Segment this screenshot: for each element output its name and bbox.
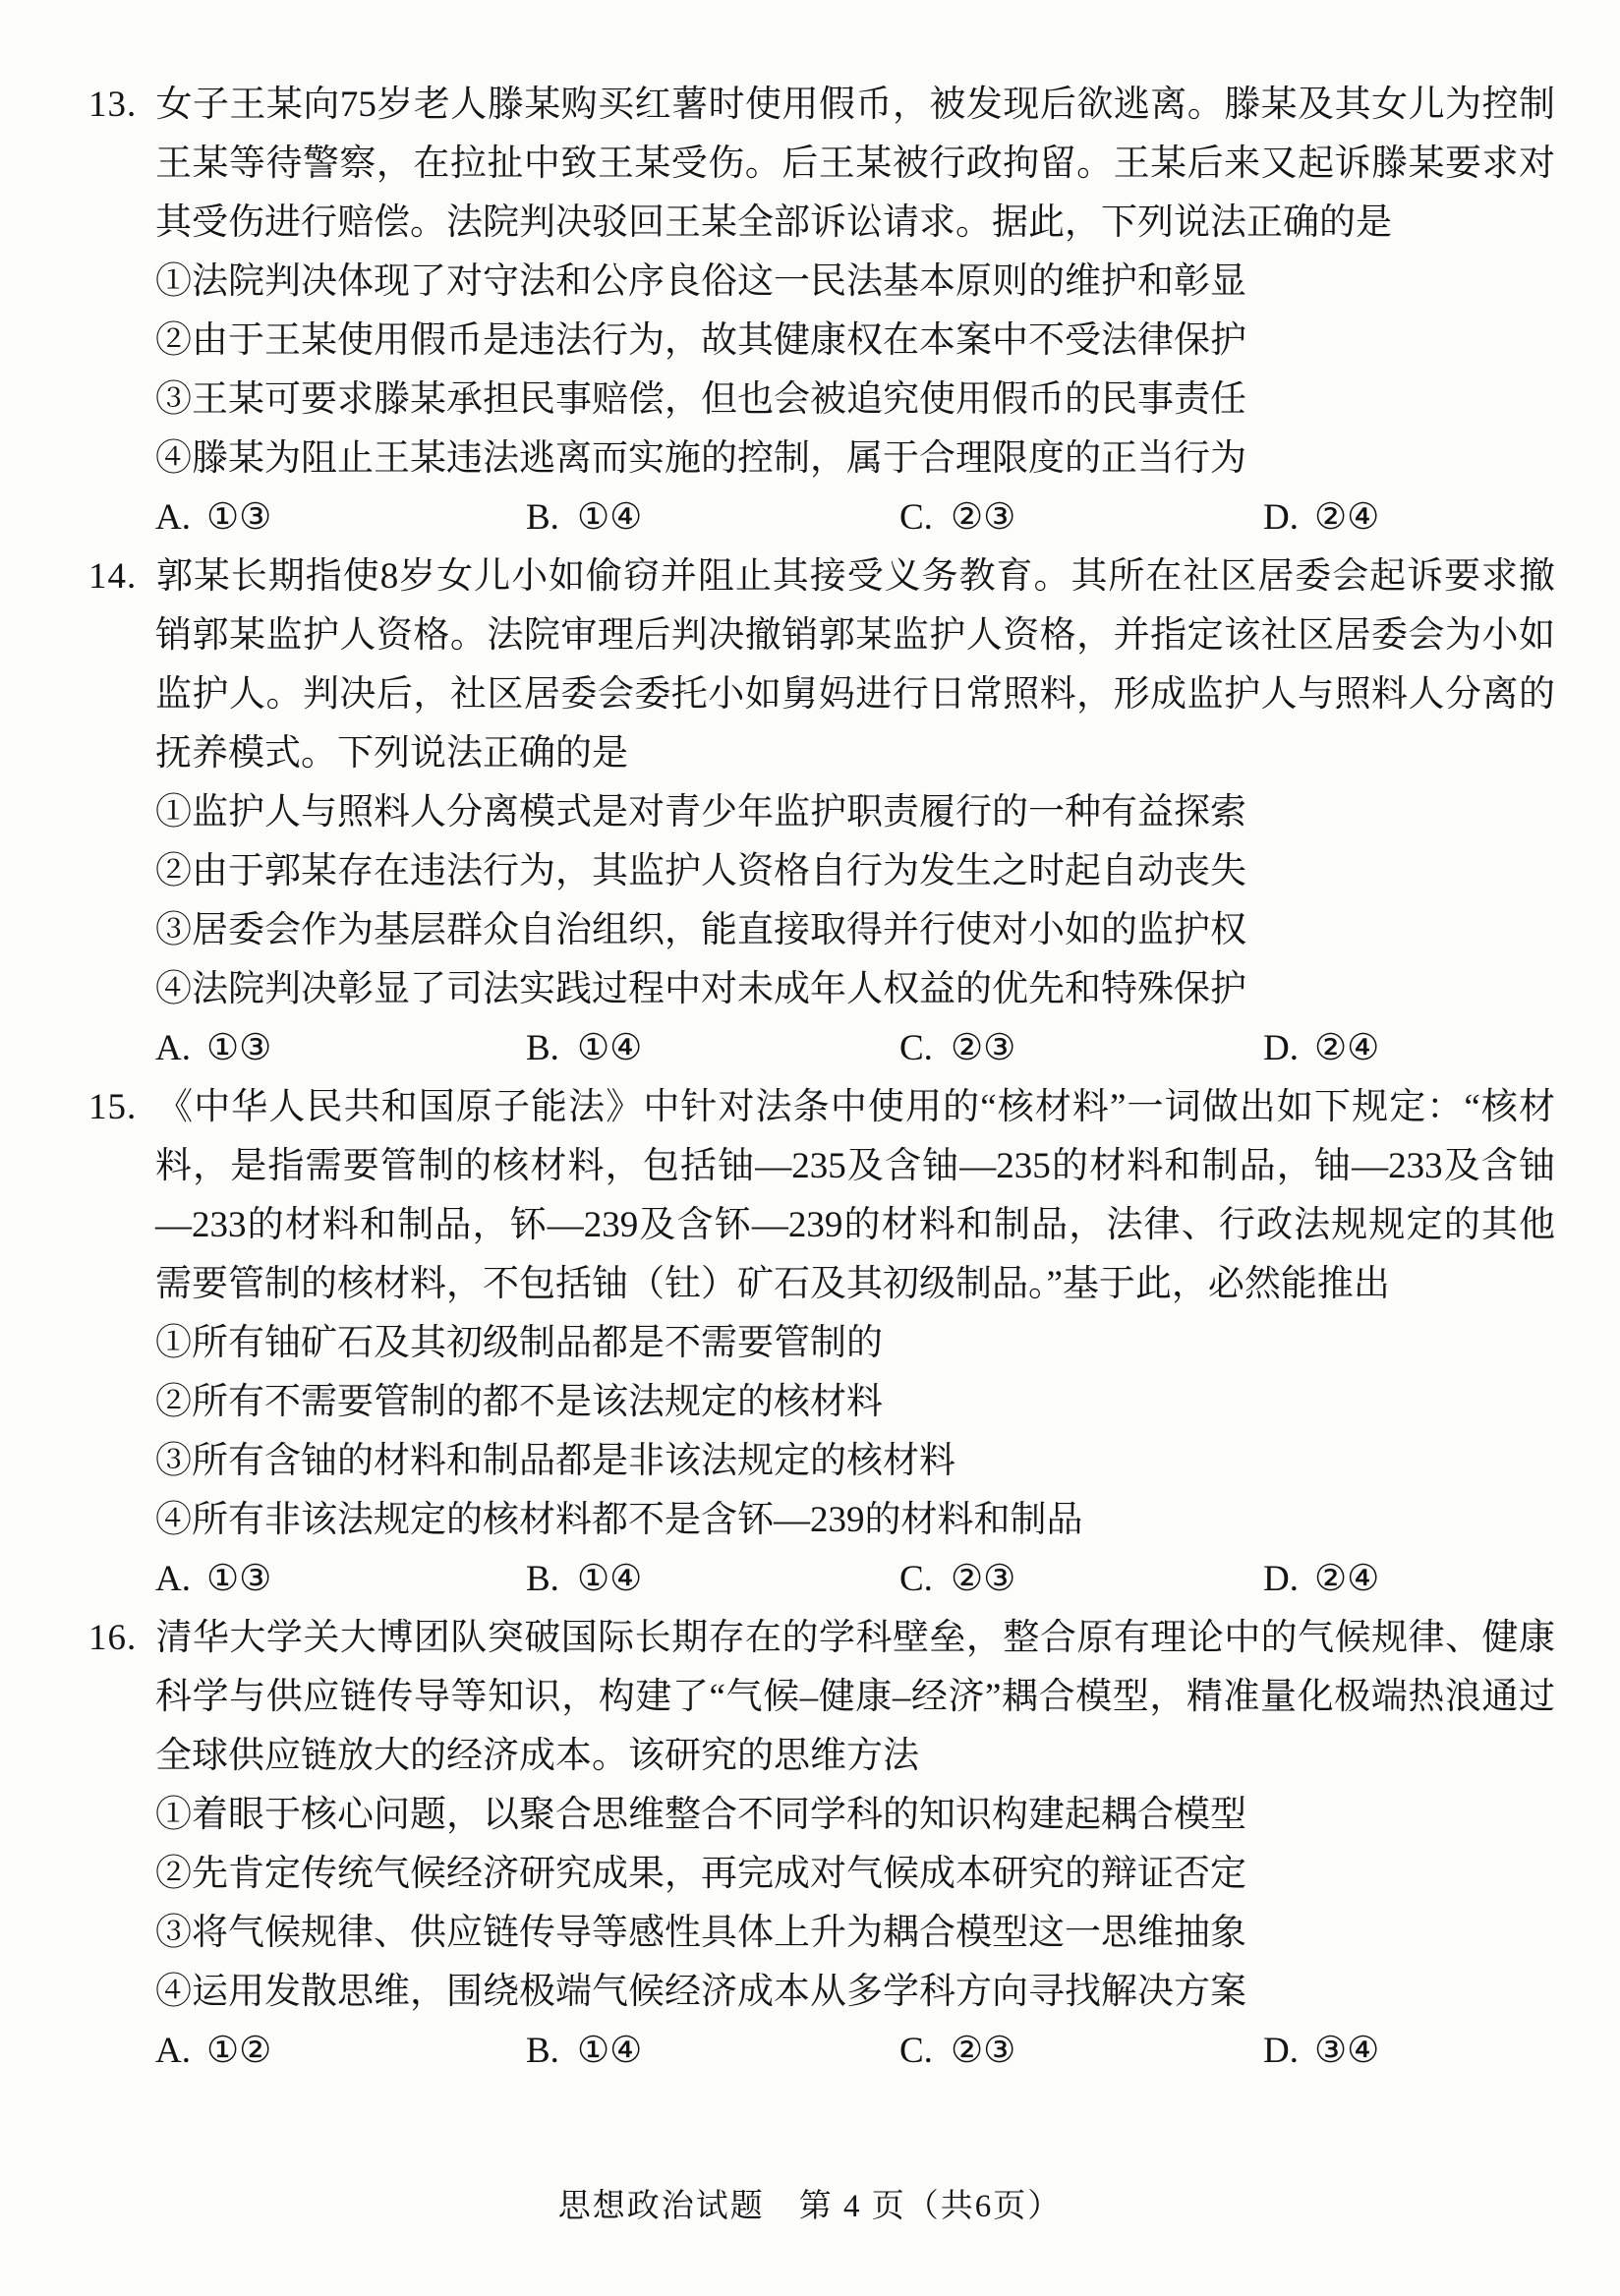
question-13-stem-text: 女子王某向75岁老人滕某购买红薯时使用假币，被发现后欲逃离。滕某及其女儿为控制王…	[155, 85, 1555, 243]
question-16-statement-4: ④运用发散思维，围绕极端气候经济成本从多学科方向寻找解决方案	[155, 1963, 1555, 2022]
question-14: 14.郭某长期指使8岁女儿小如偷窃并阻止其接受义务教育。其所在社区居委会起诉要求…	[88, 547, 1555, 1078]
option-c-label: C.	[899, 1019, 951, 1078]
option-d-value: ②④	[1314, 1019, 1379, 1078]
question-13-options-row: A.①③ B.①④ C.②③ D.②④	[155, 488, 1555, 547]
option-b-value: ①④	[577, 1550, 642, 1609]
question-15-statement-4: ④所有非该法规定的核材料都不是含钚—239的材料和制品	[155, 1491, 1555, 1550]
option-d-value: ②④	[1314, 488, 1379, 547]
option-c-value: ②③	[951, 1550, 1015, 1609]
question-13-statement-3: ③王某可要求滕某承担民事赔偿，但也会被追究使用假币的民事责任	[155, 371, 1555, 430]
question-15-statement-2: ②所有不需要管制的都不是该法规定的核材料	[155, 1373, 1555, 1432]
option-c-value: ②③	[951, 1019, 1015, 1078]
question-13-option-b: B.①④	[526, 488, 899, 547]
exam-page: 13.女子王某向75岁老人滕某购买红薯时使用假币，被发现后欲逃离。滕某及其女儿为…	[0, 0, 1620, 2296]
question-14-statement-4: ④法院判决彰显了司法实践过程中对未成年人权益的优先和特殊保护	[155, 960, 1555, 1019]
option-a-value: ①③	[206, 488, 271, 547]
question-16: 16.清华大学关大博团队突破国际长期存在的学科壁垒，整合原有理论中的气候规律、健…	[88, 1609, 1555, 2081]
option-d-label: D.	[1263, 2022, 1314, 2081]
question-14-statement-1: ①监护人与照料人分离模式是对青少年监护职责履行的一种有益探索	[155, 783, 1555, 842]
option-a-label: A.	[155, 2022, 206, 2081]
question-13-statement-2: ②由于王某使用假币是违法行为，故其健康权在本案中不受法律保护	[155, 312, 1555, 371]
question-16-number: 16.	[88, 1609, 155, 1668]
option-d-label: D.	[1263, 1019, 1314, 1078]
question-14-statement-3: ③居委会作为基层群众自治组织，能直接取得并行使对小如的监护权	[155, 901, 1555, 960]
question-14-stem-text: 郭某长期指使8岁女儿小如偷窃并阻止其接受义务教育。其所在社区居委会起诉要求撤销郭…	[155, 556, 1555, 774]
question-13-statement-1: ①法院判决体现了对守法和公序良俗这一民法基本原则的维护和彰显	[155, 253, 1555, 312]
option-d-value: ②④	[1314, 1550, 1379, 1609]
option-c-value: ②③	[951, 488, 1015, 547]
question-14-option-a: A.①③	[155, 1019, 526, 1078]
question-15-options-row: A.①③ B.①④ C.②③ D.②④	[155, 1550, 1555, 1609]
option-c-label: C.	[899, 2022, 951, 2081]
question-15-option-c: C.②③	[899, 1550, 1263, 1609]
question-16-option-a: A.①②	[155, 2022, 526, 2081]
question-14-number: 14.	[88, 547, 155, 606]
question-16-statement-2: ②先肯定传统气候经济研究成果，再完成对气候成本研究的辩证否定	[155, 1845, 1555, 1904]
option-c-label: C.	[899, 1550, 951, 1609]
question-16-option-d: D.③④	[1263, 2022, 1555, 2081]
question-13-stem-row: 13.女子王某向75岁老人滕某购买红薯时使用假币，被发现后欲逃离。滕某及其女儿为…	[88, 76, 1555, 253]
question-13-option-c: C.②③	[899, 488, 1263, 547]
option-c-label: C.	[899, 488, 951, 547]
question-16-stem-row: 16.清华大学关大博团队突破国际长期存在的学科壁垒，整合原有理论中的气候规律、健…	[88, 1609, 1555, 1786]
question-16-statement-3: ③将气候规律、供应链传导等感性具体上升为耦合模型这一思维抽象	[155, 1904, 1555, 1963]
option-d-label: D.	[1263, 1550, 1314, 1609]
question-16-options-row: A.①② B.①④ C.②③ D.③④	[155, 2022, 1555, 2081]
question-13-statement-4: ④滕某为阻止王某违法逃离而实施的控制，属于合理限度的正当行为	[155, 430, 1555, 488]
question-15-number: 15.	[88, 1078, 155, 1137]
question-16-option-b: B.①④	[526, 2022, 899, 2081]
option-a-label: A.	[155, 1019, 206, 1078]
option-b-value: ①④	[577, 2022, 642, 2081]
question-16-statement-1: ①着眼于核心问题，以聚合思维整合不同学科的知识构建起耦合模型	[155, 1786, 1555, 1845]
question-14-stem-row: 14.郭某长期指使8岁女儿小如偷窃并阻止其接受义务教育。其所在社区居委会起诉要求…	[88, 547, 1555, 783]
question-16-option-c: C.②③	[899, 2022, 1263, 2081]
option-c-value: ②③	[951, 2022, 1015, 2081]
question-15-statement-3: ③所有含铀的材料和制品都是非该法规定的核材料	[155, 1432, 1555, 1491]
option-b-value: ①④	[577, 1019, 642, 1078]
question-15-stem-row: 15.《中华人民共和国原子能法》中针对法条中使用的“核材料”一词做出如下规定：“…	[88, 1078, 1555, 1314]
question-15-option-b: B.①④	[526, 1550, 899, 1609]
question-14-option-d: D.②④	[1263, 1019, 1555, 1078]
question-13-option-a: A.①③	[155, 488, 526, 547]
option-a-label: A.	[155, 1550, 206, 1609]
option-d-label: D.	[1263, 488, 1314, 547]
option-d-value: ③④	[1314, 2022, 1379, 2081]
question-15-statement-1: ①所有铀矿石及其初级制品都是不需要管制的	[155, 1314, 1555, 1373]
option-a-value: ①②	[206, 2022, 271, 2081]
question-15-stem-text: 《中华人民共和国原子能法》中针对法条中使用的“核材料”一词做出如下规定：“核材料…	[155, 1087, 1555, 1304]
question-14-option-b: B.①④	[526, 1019, 899, 1078]
question-14-option-c: C.②③	[899, 1019, 1263, 1078]
question-15: 15.《中华人民共和国原子能法》中针对法条中使用的“核材料”一词做出如下规定：“…	[88, 1078, 1555, 1609]
question-14-options-row: A.①③ B.①④ C.②③ D.②④	[155, 1019, 1555, 1078]
question-13: 13.女子王某向75岁老人滕某购买红薯时使用假币，被发现后欲逃离。滕某及其女儿为…	[88, 76, 1555, 547]
option-a-label: A.	[155, 488, 206, 547]
question-14-statement-2: ②由于郭某存在违法行为，其监护人资格自行为发生之时起自动丧失	[155, 842, 1555, 901]
question-15-option-a: A.①③	[155, 1550, 526, 1609]
option-b-label: B.	[526, 2022, 577, 2081]
page-footer: 思想政治试题 第 4 页（共6页）	[0, 2177, 1620, 2236]
question-13-option-d: D.②④	[1263, 488, 1555, 547]
option-b-value: ①④	[577, 488, 642, 547]
option-b-label: B.	[526, 488, 577, 547]
question-16-stem-text: 清华大学关大博团队突破国际长期存在的学科壁垒，整合原有理论中的气候规律、健康科学…	[155, 1618, 1555, 1776]
option-b-label: B.	[526, 1550, 577, 1609]
question-15-option-d: D.②④	[1263, 1550, 1555, 1609]
option-b-label: B.	[526, 1019, 577, 1078]
option-a-value: ①③	[206, 1550, 271, 1609]
question-13-number: 13.	[88, 76, 155, 135]
option-a-value: ①③	[206, 1019, 271, 1078]
